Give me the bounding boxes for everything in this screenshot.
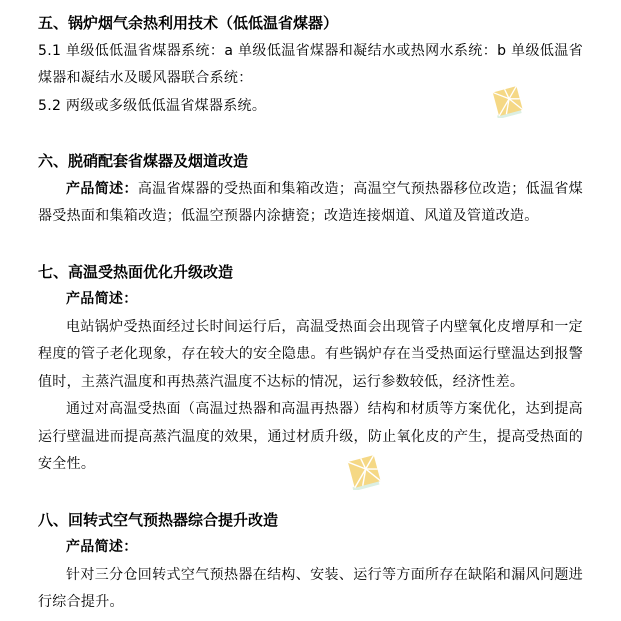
section-heading: 七、高温受热面优化升级改造 (38, 259, 583, 287)
paragraph: 产品简述： (38, 534, 583, 562)
paragraph-text: 通过对高温受热面（高温过热器和高温再热器）结构和材质等方案优化，达到提高运行壁温… (38, 401, 583, 472)
paragraph-label: 产品简述： (66, 291, 138, 307)
paragraph-text: 电站锅炉受热面经过长时间运行后，高温受热面会出现管子内壁氧化皮增厚和一定程度的管… (38, 319, 583, 390)
doc-section-1: 五、锅炉烟气余热利用技术（低低温省煤器）5.1 单级低低温省煤器系统：a 单级低… (38, 10, 583, 120)
paragraph: 针对三分仓回转式空气预热器在结构、安装、运行等方面所存在缺陷和漏风问题进行综合提… (38, 562, 583, 617)
section-heading: 八、回转式空气预热器综合提升改造 (38, 507, 583, 535)
paragraph: 5.1 单级低低温省煤器系统：a 单级低温省煤器和凝结水或热网水系统：b 单级低… (38, 38, 583, 93)
paragraph: 通过对高温受热面（高温过热器和高温再热器）结构和材质等方案优化，达到提高运行壁温… (38, 396, 583, 479)
doc-section-2: 六、脱硝配套省煤器及烟道改造产品简述：高温省煤器的受热面和集箱改造；高温空气预热… (38, 148, 583, 231)
section-heading: 六、脱硝配套省煤器及烟道改造 (38, 148, 583, 176)
document-page: 五、锅炉烟气余热利用技术（低低温省煤器）5.1 单级低低温省煤器系统：a 单级低… (0, 0, 621, 621)
doc-section-3: 七、高温受热面优化升级改造产品简述：电站锅炉受热面经过长时间运行后，高温受热面会… (38, 259, 583, 479)
document-content: 五、锅炉烟气余热利用技术（低低温省煤器）5.1 单级低低温省煤器系统：a 单级低… (38, 10, 583, 617)
paragraph: 产品简述：高温省煤器的受热面和集箱改造；高温空气预热器移位改造；低温省煤器受热面… (38, 176, 583, 231)
paragraph-text: 针对三分仓回转式空气预热器在结构、安装、运行等方面所存在缺陷和漏风问题进行综合提… (38, 567, 583, 611)
doc-section-4: 八、回转式空气预热器综合提升改造产品简述：针对三分仓回转式空气预热器在结构、安装… (38, 507, 583, 617)
paragraph: 产品简述： (38, 286, 583, 314)
paragraph-label: 产品简述： (66, 539, 138, 555)
paragraph-text: 5.2 两级或多级低低温省煤器系统。 (38, 98, 266, 114)
paragraph-text: 5.1 单级低低温省煤器系统：a 单级低温省煤器和凝结水或热网水系统：b 单级低… (38, 43, 583, 87)
paragraph: 电站锅炉受热面经过长时间运行后，高温受热面会出现管子内壁氧化皮增厚和一定程度的管… (38, 314, 583, 397)
paragraph: 5.2 两级或多级低低温省煤器系统。 (38, 93, 583, 121)
section-heading: 五、锅炉烟气余热利用技术（低低温省煤器） (38, 10, 583, 38)
paragraph-label: 产品简述： (66, 181, 138, 197)
